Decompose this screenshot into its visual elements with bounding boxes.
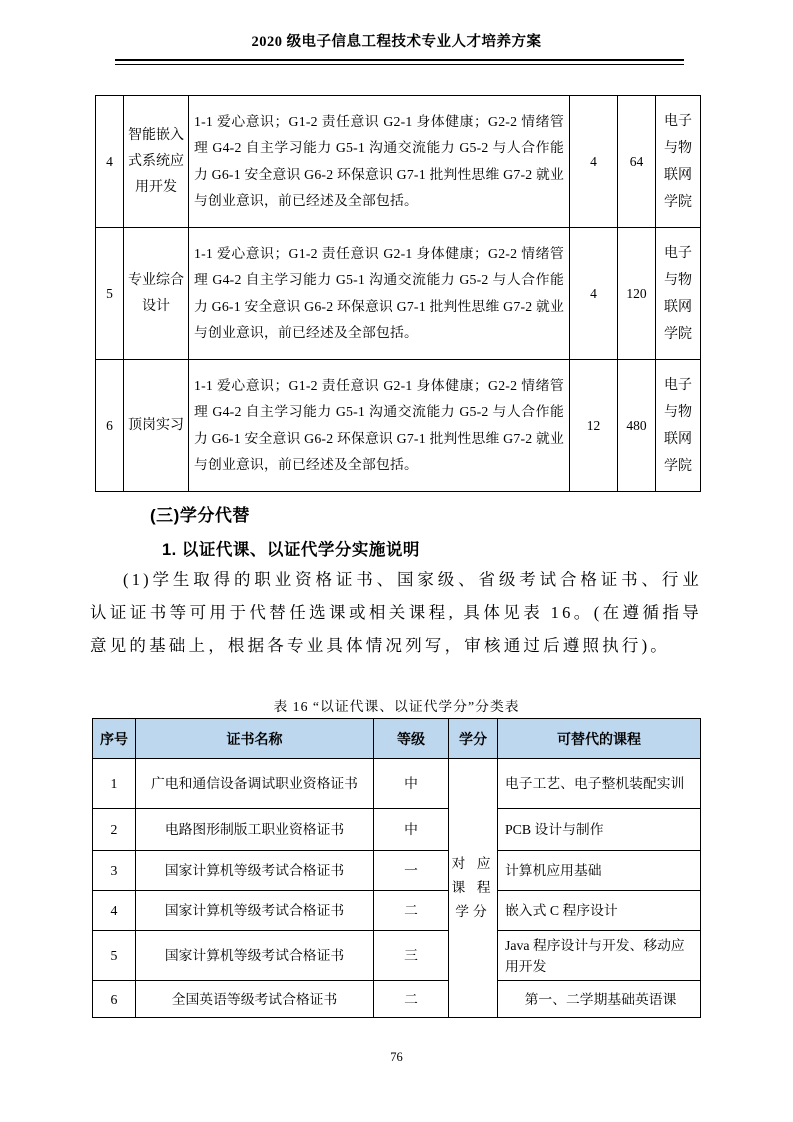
- header-credit: 学分: [449, 719, 498, 759]
- hours-cell: 64: [618, 96, 656, 228]
- serial-cell: 3: [93, 851, 136, 891]
- header-course: 可替代的课程: [498, 719, 701, 759]
- level-cell: 二: [374, 891, 449, 931]
- table-row: 1 广电和通信设备调试职业资格证书 中 对 应 课 程 学分 电子工艺、电子整机…: [93, 759, 701, 809]
- table-row: 5 专业综合设计 1-1 爱心意识；G1-2 责任意识 G2-1 身体健康；G2…: [96, 228, 701, 360]
- document-page: 2020 级电子信息工程技术专业人才培养方案 4 智能嵌入式系统应用开发 1-1…: [0, 0, 793, 1122]
- body-paragraph: (1)学生取得的职业资格证书、国家级、省级考试合格证书、行业认证证书等可用于代替…: [90, 563, 702, 662]
- table-row: 5 国家计算机等级考试合格证书 三 Java 程序设计与开发、移动应用开发: [93, 931, 701, 981]
- course-cell: 电子工艺、电子整机装配实训: [498, 759, 701, 809]
- section-heading: (三)学分代替: [150, 501, 250, 526]
- table-row: 4 智能嵌入式系统应用开发 1-1 爱心意识；G1-2 责任意识 G2-1 身体…: [96, 96, 701, 228]
- header-certificate: 证书名称: [136, 719, 374, 759]
- header-serial: 序号: [93, 719, 136, 759]
- college-cell: 电子与物联网学院: [656, 96, 701, 228]
- certificate-cell: 广电和通信设备调试职业资格证书: [136, 759, 374, 809]
- course-cell: 第一、二学期基础英语课: [498, 981, 701, 1018]
- hours-cell: 120: [618, 228, 656, 360]
- table-row: 3 国家计算机等级考试合格证书 一 计算机应用基础: [93, 851, 701, 891]
- course-cell: PCB 设计与制作: [498, 809, 701, 851]
- course-name-cell: 顶岗实习: [124, 360, 189, 492]
- certificate-cell: 全国英语等级考试合格证书: [136, 981, 374, 1018]
- serial-cell: 4: [93, 891, 136, 931]
- serial-cell: 2: [93, 809, 136, 851]
- table-row: 4 国家计算机等级考试合格证书 二 嵌入式 C 程序设计: [93, 891, 701, 931]
- header-divider: [115, 59, 684, 65]
- credits-cell: 4: [570, 228, 618, 360]
- course-cell: 计算机应用基础: [498, 851, 701, 891]
- table-row: 6 全国英语等级考试合格证书 二 第一、二学期基础英语课: [93, 981, 701, 1018]
- serial-cell: 5: [93, 931, 136, 981]
- table16-caption: 表 16 “以证代课、以证代学分”分类表: [0, 695, 793, 715]
- header-level: 等级: [374, 719, 449, 759]
- level-cell: 中: [374, 759, 449, 809]
- section-subheading: 1. 以证代课、以证代学分实施说明: [162, 536, 420, 560]
- credits-cell: 4: [570, 96, 618, 228]
- table-row: 2 电路图形制版工职业资格证书 中 PCB 设计与制作: [93, 809, 701, 851]
- credits-cell: 12: [570, 360, 618, 492]
- certificate-cell: 国家计算机等级考试合格证书: [136, 931, 374, 981]
- level-cell: 三: [374, 931, 449, 981]
- hours-cell: 480: [618, 360, 656, 492]
- serial-cell: 5: [96, 228, 124, 360]
- certificate-cell: 国家计算机等级考试合格证书: [136, 851, 374, 891]
- level-cell: 中: [374, 809, 449, 851]
- course-cell: Java 程序设计与开发、移动应用开发: [498, 931, 701, 981]
- objectives-cell: 1-1 爱心意识；G1-2 责任意识 G2-1 身体健康；G2-2 情绪管理 G…: [189, 360, 570, 492]
- course-name-cell: 专业综合设计: [124, 228, 189, 360]
- table-header-row: 序号 证书名称 等级 学分 可替代的课程: [93, 719, 701, 759]
- college-cell: 电子与物联网学院: [656, 360, 701, 492]
- serial-cell: 1: [93, 759, 136, 809]
- table-row: 6 顶岗实习 1-1 爱心意识；G1-2 责任意识 G2-1 身体健康；G2-2…: [96, 360, 701, 492]
- certificate-cell: 电路图形制版工职业资格证书: [136, 809, 374, 851]
- level-cell: 一: [374, 851, 449, 891]
- college-cell: 电子与物联网学院: [656, 228, 701, 360]
- certificate-substitution-table: 序号 证书名称 等级 学分 可替代的课程 1 广电和通信设备调试职业资格证书 中…: [92, 718, 701, 1018]
- serial-cell: 6: [93, 981, 136, 1018]
- certificate-cell: 国家计算机等级考试合格证书: [136, 891, 374, 931]
- level-cell: 二: [374, 981, 449, 1018]
- objectives-cell: 1-1 爱心意识；G1-2 责任意识 G2-1 身体健康；G2-2 情绪管理 G…: [189, 96, 570, 228]
- course-cell: 嵌入式 C 程序设计: [498, 891, 701, 931]
- footer-page-number: 76: [0, 1050, 793, 1065]
- course-name-cell: 智能嵌入式系统应用开发: [124, 96, 189, 228]
- serial-cell: 6: [96, 360, 124, 492]
- credit-merged-cell: 对 应 课 程 学分: [449, 759, 498, 1018]
- document-header-title: 2020 级电子信息工程技术专业人才培养方案: [0, 30, 793, 51]
- serial-cell: 4: [96, 96, 124, 228]
- objectives-cell: 1-1 爱心意识；G1-2 责任意识 G2-1 身体健康；G2-2 情绪管理 G…: [189, 228, 570, 360]
- course-objectives-table: 4 智能嵌入式系统应用开发 1-1 爱心意识；G1-2 责任意识 G2-1 身体…: [95, 95, 701, 492]
